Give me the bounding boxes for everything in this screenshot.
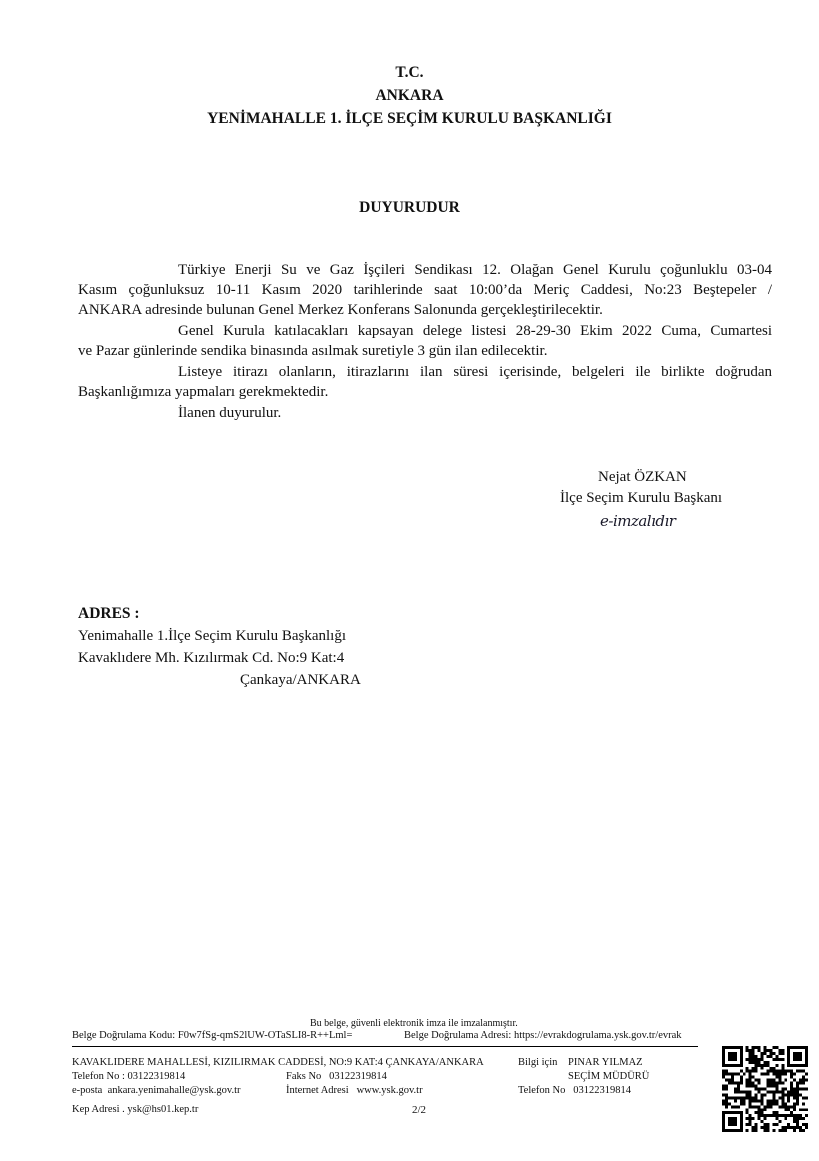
page-number: 2/2 [412,1104,426,1116]
info-phone-value: 03122319814 [573,1085,631,1096]
esign-note: Bu belge, güvenli elektronik imza ile im… [310,1018,518,1029]
paragraph-4-line-1: İlanen duyurulur. [178,405,819,422]
web-label: İnternet Adresi [286,1085,349,1096]
info-title: SEÇİM MÜDÜRÜ [568,1071,649,1082]
verify-address-link[interactable]: https://evrakdogrulama.ysk.gov.tr/evrak [514,1030,682,1041]
address-line-3: Çankaya/ANKARA [240,672,361,689]
email-row: e-posta ankara.yenimahalle@ysk.gov.tr [72,1085,240,1096]
web-row: İnternet Adresi www.ysk.gov.tr [286,1085,423,1096]
document-title: DUYURUDUR [0,199,819,217]
info-name: PINAR YILMAZ [568,1057,643,1068]
address-line-1: Yenimahalle 1.İlçe Seçim Kurulu Başkanlı… [78,628,346,645]
footer-address: KAVAKLIDERE MAHALLESİ, KIZILIRMAK CADDES… [72,1057,484,1068]
paragraph-1-line-3: ANKARA adresinde bulunan Genel Merkez Ko… [78,302,772,319]
paragraph-3-line-2: Başkanlığımıza yapmaları gerekmektedir. [78,384,772,401]
info-phone-label: Telefon No [518,1085,565,1096]
phone-value: 03122319814 [128,1071,186,1082]
qr-code-icon [722,1046,808,1132]
info-phone-row: Telefon No 03122319814 [518,1085,631,1096]
fax-label: Faks No [286,1071,321,1082]
info-label: Bilgi için [518,1057,557,1068]
verify-code: F0w7fSg-qmS2lUW-OTaSLI8-R++Lml= [178,1030,353,1041]
kep-row: Kep Adresi . ysk@hs01.kep.tr [72,1104,198,1115]
verify-address-row: Belge Doğrulama Adresi: https://evrakdog… [404,1030,682,1041]
address-label: ADRES : [78,605,140,623]
verify-address-label: Belge Doğrulama Adresi: [404,1030,511,1041]
kep-address: ysk@hs01.kep.tr [127,1104,198,1115]
signatory-name: Nejat ÖZKAN [598,469,687,486]
paragraph-2-line-2: ve Pazar günlerinde sendika binasında as… [78,343,772,360]
phone-row: Telefon No : 03122319814 [72,1071,185,1082]
signatory-title: İlçe Seçim Kurulu Başkanı [560,490,722,507]
verify-code-row: Belge Doğrulama Kodu: F0w7fSg-qmS2lUW-OT… [72,1030,352,1041]
header-city: ANKARA [0,87,819,105]
web-link[interactable]: www.ysk.gov.tr [357,1085,423,1096]
paragraph-2-line-1: Genel Kurula katılacakları kapsayan dele… [178,323,772,340]
paragraph-3-line-1: Listeye itirazı olanların, itirazlarını … [178,364,772,381]
fax-row: Faks No 03122319814 [286,1071,387,1082]
address-line-2: Kavaklıdere Mh. Kızılırmak Cd. No:9 Kat:… [78,650,344,667]
header-institution: YENİMAHALLE 1. İLÇE SEÇİM KURULU BAŞKANL… [0,110,819,128]
email-label: e-posta [72,1085,102,1096]
fax-value: 03122319814 [329,1071,387,1082]
e-signature-mark: e-imzalıdır [600,512,675,530]
paragraph-1-line-2: Kasım çoğunluksuz 10-11 Kasım 2020 tarih… [78,282,772,299]
verify-code-label: Belge Doğrulama Kodu: [72,1030,175,1041]
header-tc: T.C. [0,64,819,82]
kep-label: Kep Adresi . [72,1104,125,1115]
footer-divider [72,1046,698,1047]
phone-label: Telefon No : [72,1071,125,1082]
paragraph-1-line-1: Türkiye Enerji Su ve Gaz İşçileri Sendik… [178,262,772,279]
email-link[interactable]: ankara.yenimahalle@ysk.gov.tr [108,1085,241,1096]
